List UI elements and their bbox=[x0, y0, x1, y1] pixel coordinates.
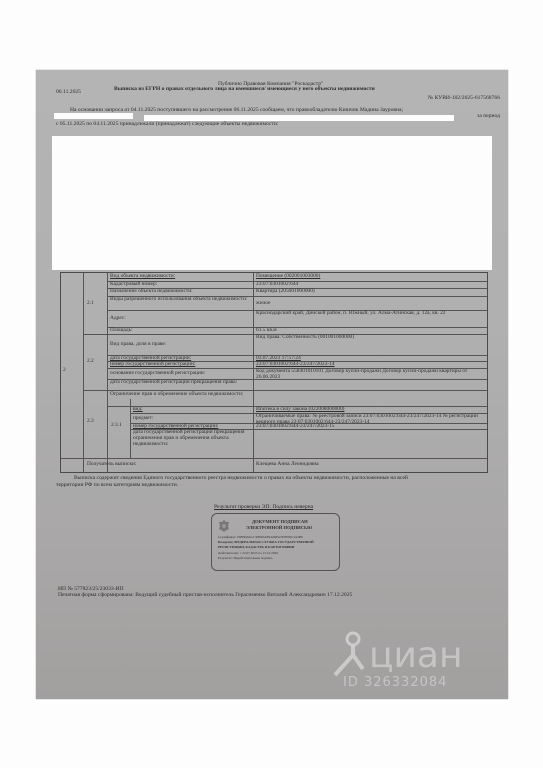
field-label: номер государственной регистрации: bbox=[110, 362, 252, 368]
field-value: Помещение (002001003000) bbox=[256, 274, 486, 280]
recipient-value: Клещева Анна Леонидовна bbox=[256, 462, 319, 468]
redaction-block bbox=[52, 136, 492, 270]
field-label: Вид объекта недвижимости: bbox=[110, 274, 252, 280]
section-number: 2.3 bbox=[87, 419, 94, 425]
watermark-id: ID 326332084 bbox=[343, 676, 447, 690]
stamp-title-1: ДОКУМЕНТ ПОДПИСАН bbox=[252, 519, 308, 524]
stamp-owner-cont: РЕГИСТРАЦИИ, КАДАСТРА И КАРТОГРАФИИ bbox=[218, 545, 294, 549]
document-date: 06.11.2025 bbox=[56, 89, 81, 95]
area-value: 61.5 кв.м bbox=[256, 328, 486, 334]
field-label: Вид права, доля в праве: bbox=[110, 342, 252, 348]
field-label: Виды разрешенного использования объекта … bbox=[110, 297, 250, 303]
field-label: дата государственной регистрации прекращ… bbox=[133, 430, 251, 447]
field-value: Код документа 558401010101 Договор купли… bbox=[256, 369, 486, 381]
document-title: Выписка из ЕГРН о правах отдельного лица… bbox=[114, 86, 375, 92]
e-signature-stamp: ДОКУМЕНТ ПОДПИСАН ЭЛЕКТРОННОЙ ПОДПИСЬЮ С… bbox=[211, 513, 340, 571]
stamp-certificate: Сертификат: 00B3D0A1C30B29AE9A09FA5F2E08… bbox=[218, 535, 303, 539]
note-line-1: Выписка содержит сведения Единого госуда… bbox=[74, 475, 408, 481]
property-table: 2 2.1 Вид объекта недвижимости: Помещени… bbox=[60, 272, 488, 473]
field-label: предмет: bbox=[133, 416, 251, 422]
field-label: Кадастровый номер: bbox=[110, 282, 252, 288]
address-value: Краснодарский край, Динской район, п. Юж… bbox=[256, 311, 486, 317]
printed-by: Печатная форма сформирована: Ведущий суд… bbox=[58, 592, 352, 598]
intro-line-2-end: за период bbox=[477, 113, 500, 119]
section-header: Ограничение прав и обременение объекта н… bbox=[110, 392, 250, 398]
row-number: 2 bbox=[63, 368, 66, 374]
section-number: 2.1 bbox=[87, 301, 94, 307]
section-number: 2.2 bbox=[87, 359, 94, 365]
scanned-document-page: Публично Правовая Компания "Роскадастр" … bbox=[36, 70, 508, 699]
recipient-label: Получатель выписки: bbox=[87, 462, 136, 468]
stamp-validity: Действителен: с 22.07.2025 по 15.10.2026 bbox=[218, 551, 278, 555]
field-value: жилое bbox=[256, 301, 486, 307]
field-label: Адрес: bbox=[110, 316, 252, 322]
stamp-owner: Владелец: ФЕДЕРАЛЬНАЯ СЛУЖБА ГОСУДАРСТВЕ… bbox=[218, 540, 314, 544]
field-value: 23:07:0301002:644-23/247/2023-15 bbox=[256, 424, 486, 430]
intro-line-3: с 05.11.2025 по 04.11.2025 принадлежали … bbox=[56, 121, 278, 127]
registration-number: 23:07:0301002:644-23/247/2023-14 bbox=[256, 362, 486, 368]
field-value: Вид права: Собственность (001001000000) bbox=[256, 335, 486, 341]
watermark-brand: циан bbox=[369, 638, 463, 674]
coat-of-arms-icon bbox=[218, 519, 230, 533]
document-number: № КУВИ-102/2025-617568766 bbox=[428, 95, 500, 101]
stamp-title-2: ЭЛЕКТРОННОЙ ПОДПИСЬЮ bbox=[246, 525, 312, 530]
subsection-number: 2.3.1 bbox=[111, 423, 122, 429]
field-value: Квартира (205001000000) bbox=[256, 289, 486, 295]
field-label: вид: bbox=[133, 407, 251, 413]
note-line-2: территории РФ по всем категориям недвижи… bbox=[56, 482, 178, 488]
field-label: основание государственной регистрации: bbox=[110, 371, 252, 377]
field-label: Площадь: bbox=[110, 328, 252, 334]
cian-logo-icon bbox=[329, 629, 367, 679]
stamp-result: Результат: Недействительная подпись bbox=[218, 556, 273, 560]
field-value: Ипотека в силу закона (022008000000) bbox=[256, 407, 486, 413]
field-label: дата государственной регистрации прекращ… bbox=[110, 380, 252, 386]
cadastral-number: 23:07:0301002:644 bbox=[256, 282, 486, 288]
field-label: Назначение объекта недвижимости: bbox=[110, 289, 252, 295]
redaction-box bbox=[54, 113, 133, 119]
redaction-box bbox=[144, 115, 454, 121]
signature-check-result: Результат проверки ЭП: Подпись неверна bbox=[214, 504, 313, 510]
